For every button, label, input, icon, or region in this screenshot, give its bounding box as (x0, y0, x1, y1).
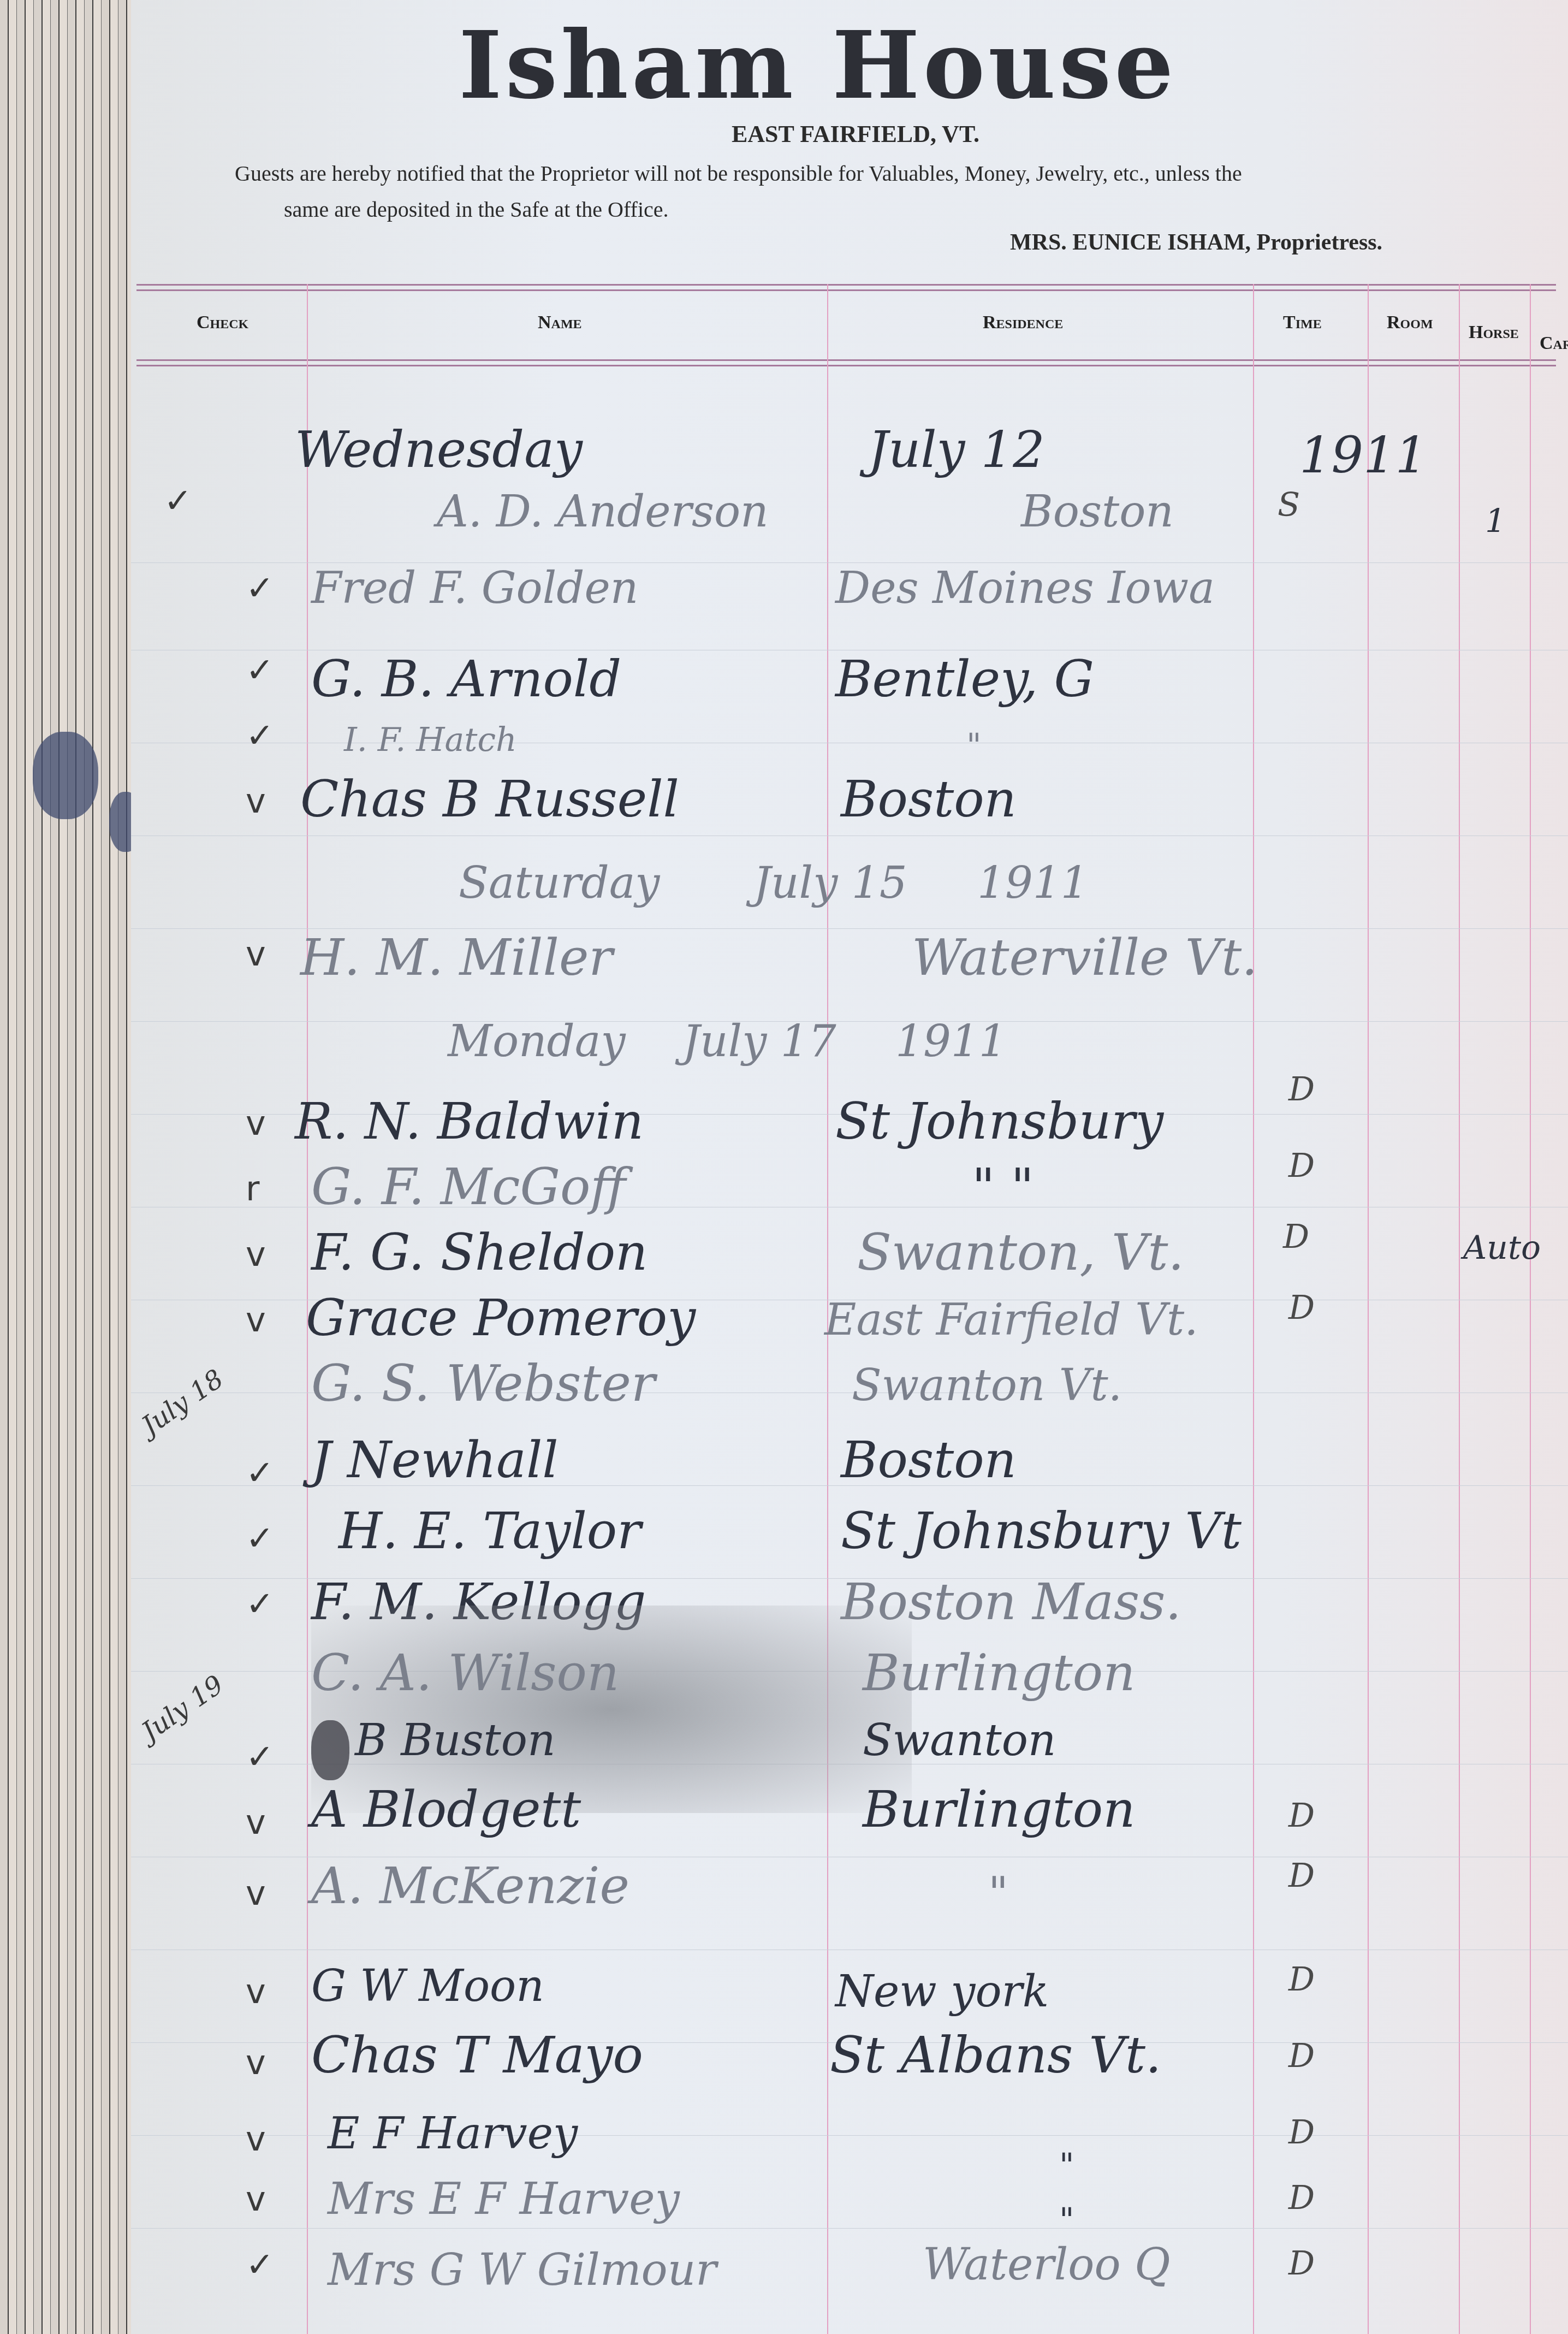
guest-name: R. N. Baldwin (295, 1092, 644, 1151)
column-header-horse: Horse (1469, 322, 1519, 343)
guest-name: Mrs E F Harvey (328, 2173, 680, 2224)
guest-residence: St Albans Vt. (830, 2026, 1161, 2084)
column-divider (1253, 284, 1254, 2334)
double-rule-bottom (136, 365, 1556, 366)
ruled-line (131, 1021, 1568, 1022)
check-mark: ✓ (246, 715, 274, 755)
guest-residence: Boston (841, 770, 1017, 828)
time-mark: D (1288, 1960, 1315, 1999)
ruled-line (131, 1950, 1568, 1950)
guest-name: B Buston (355, 1715, 555, 1766)
check-mark: v (246, 1300, 266, 1340)
column-divider (1459, 284, 1460, 2334)
column-header-room: Room (1387, 312, 1433, 333)
guest-residence: Swanton Vt. (852, 1360, 1122, 1411)
guest-name: Fred F. Golden (311, 562, 638, 613)
guest-name: G W Moon (311, 1960, 544, 2011)
check-mark: v (246, 1234, 266, 1274)
check-mark: ✓ (246, 1737, 274, 1776)
column-header-residence: Residence (983, 312, 1063, 333)
margin-date-note: July 19 (136, 1669, 229, 1747)
date-heading-year: 1911 (1299, 426, 1427, 484)
time-mark: D (1288, 1147, 1315, 1185)
column-header-check: Check (197, 312, 248, 333)
check-mark: v (246, 1103, 266, 1143)
date-heading-year: 1911 (977, 857, 1089, 908)
guest-name: A. D. Anderson (437, 486, 769, 537)
hotel-location: EAST FAIRFIELD, VT. (732, 120, 979, 148)
date-heading-day: Wednesday (295, 420, 583, 479)
column-header-car: Car (1540, 333, 1568, 354)
guest-residence: " (988, 1868, 1008, 1918)
check-mark: ✓ (246, 650, 274, 690)
notice-line-2: same are deposited in the Safe at the Of… (235, 192, 1545, 228)
time-mark: D (1288, 2037, 1315, 2075)
guest-residence: Des Moines Iowa (835, 562, 1215, 613)
date-heading-day: Saturday (459, 857, 660, 908)
check-mark: ✓ (246, 1453, 274, 1492)
check-mark: ✓ (246, 1518, 274, 1558)
guest-residence: Waterloo Q (923, 2239, 1171, 2290)
horse-note: Auto (1463, 1229, 1541, 1267)
check-mark: v (246, 1802, 266, 1842)
guest-residence: Burlington (863, 1644, 1135, 1702)
guest-name: G. B. Arnold (311, 650, 621, 708)
guest-name: I. F. Hatch (344, 721, 517, 759)
register-header: Isham House EAST FAIRFIELD, VT. Guests a… (131, 0, 1568, 284)
guest-name: H. M. Miller (300, 928, 613, 987)
register-page: Isham House EAST FAIRFIELD, VT. Guests a… (131, 0, 1568, 2334)
guest-residence: Waterville Vt. (912, 928, 1257, 987)
guest-name: C. A. Wilson (311, 1644, 619, 1702)
double-rule-bottom (136, 359, 1556, 361)
guest-name: H. E. Taylor (338, 1502, 641, 1560)
column-divider (1368, 284, 1369, 2334)
guest-name: Mrs G W Gilmour (328, 2244, 717, 2295)
guest-name: F. G. Sheldon (311, 1223, 648, 1282)
check-mark: r (246, 1169, 260, 1209)
guest-name: E F Harvey (328, 2108, 578, 2159)
double-rule-top (136, 289, 1556, 291)
guest-name: Chas T Mayo (311, 2026, 643, 2084)
column-divider (1530, 284, 1531, 2334)
ruled-line (131, 2228, 1568, 2229)
ink-blot (311, 1720, 349, 1780)
time-mark: D (1288, 1857, 1315, 1895)
check-mark: ✓ (164, 481, 192, 520)
time-mark: D (1283, 1218, 1309, 1256)
guest-name: G. S. Webster (311, 1354, 655, 1413)
check-mark: ✓ (246, 568, 274, 608)
guest-name: A. McKenzie (311, 1857, 629, 1915)
date-heading-date: July 15 (753, 857, 907, 908)
check-mark: v (246, 2179, 266, 2219)
guest-name: J Newhall (311, 1431, 559, 1489)
check-mark: ✓ (246, 2244, 274, 2284)
guest-residence: New york (835, 1966, 1049, 2017)
guest-residence: East Fairfield Vt. (824, 1294, 1198, 1345)
time-mark: D (1288, 2179, 1315, 2217)
notice-line-1: Guests are hereby notified that the Prop… (235, 161, 1242, 186)
time-mark: D (1288, 1797, 1315, 1835)
proprietress: MRS. EUNICE ISHAM, Proprietress. (1010, 229, 1382, 256)
time-mark: D (1288, 2244, 1315, 2283)
guest-residence: St Johnsbury Vt (841, 1502, 1242, 1560)
guest-residence: " (1059, 2201, 1074, 2239)
liability-notice: Guests are hereby notified that the Prop… (235, 156, 1545, 228)
check-mark: v (246, 2042, 266, 2082)
double-rule-top (136, 284, 1556, 286)
guest-name: A Blodgett (311, 1780, 581, 1839)
column-header-name: Name (538, 312, 582, 333)
time-mark: D (1288, 1070, 1315, 1109)
date-heading-day: Monday (448, 1016, 626, 1067)
hotel-name: Isham House (459, 11, 1177, 120)
guest-residence: Swanton, Vt. (857, 1223, 1184, 1282)
guest-residence: Swanton (863, 1715, 1056, 1766)
guest-residence: Bentley, G (835, 650, 1094, 708)
guest-name: Grace Pomeroy (306, 1289, 696, 1347)
guest-residence: St Johnsbury (835, 1092, 1163, 1151)
horse-count: 1 (1485, 502, 1506, 541)
column-header-time: Time (1283, 312, 1322, 333)
guest-name: G. F. McGoff (311, 1158, 626, 1216)
guest-residence: Boston (841, 1431, 1017, 1489)
guest-residence: " " (972, 1158, 1034, 1216)
date-heading-date: July 17 (682, 1016, 836, 1067)
guest-residence: " (966, 726, 982, 765)
book-page-edges (0, 0, 131, 2334)
guest-residence: " (1059, 2146, 1074, 2184)
time-mark: S (1278, 486, 1300, 524)
time-mark: D (1288, 1289, 1315, 1327)
ruled-line (131, 836, 1568, 836)
check-mark: v (246, 1873, 266, 1913)
check-mark: v (246, 781, 266, 821)
check-mark: v (246, 1971, 266, 2011)
guest-name: Chas B Russell (300, 770, 679, 828)
guest-residence: Burlington (863, 1780, 1135, 1839)
time-mark: D (1288, 2113, 1315, 2152)
date-heading-date: July 12 (868, 420, 1045, 479)
margin-date-note: July 18 (136, 1364, 229, 1442)
date-heading-year: 1911 (895, 1016, 1007, 1067)
check-mark: v (246, 2119, 266, 2159)
check-mark: v (246, 934, 266, 974)
ink-blot (33, 732, 98, 819)
check-mark: ✓ (246, 1584, 274, 1624)
guest-residence: Boston (1021, 486, 1174, 537)
